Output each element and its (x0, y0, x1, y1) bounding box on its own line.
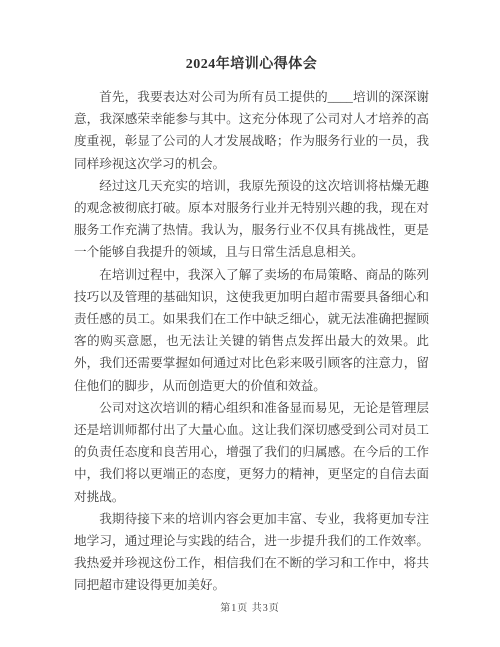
document-page: 2024年培训心得体会 首先，我要表达对公司为所有员工提供的____培训的深深谢… (0, 0, 500, 647)
page-number-footer: 第1页 共3页 (0, 602, 500, 616)
document-title: 2024年培训心得体会 (74, 54, 429, 75)
paragraph-4: 公司对这次培训的精心组织和准备显而易见，无论是管理层还是培训师都付出了大量心血。… (74, 397, 429, 508)
paragraph-3: 在培训过程中，我深入了解了卖场的布局策略、商品的陈列技巧以及管理的基础知识，这使… (74, 264, 429, 397)
paragraph-5: 我期待接下来的培训内容会更加丰富、专业，我将更加专注地学习，通过理论与实践的结合… (74, 508, 429, 597)
paragraph-2: 经过这几天充实的培训，我原先预设的这次培训将枯燥无趣的观念被彻底打破。原本对服务… (74, 175, 429, 264)
paragraph-1: 首先，我要表达对公司为所有员工提供的____培训的深深谢意，我深感荣幸能参与其中… (74, 86, 429, 175)
document-body: 2024年培训心得体会 首先，我要表达对公司为所有员工提供的____培训的深深谢… (74, 54, 429, 597)
